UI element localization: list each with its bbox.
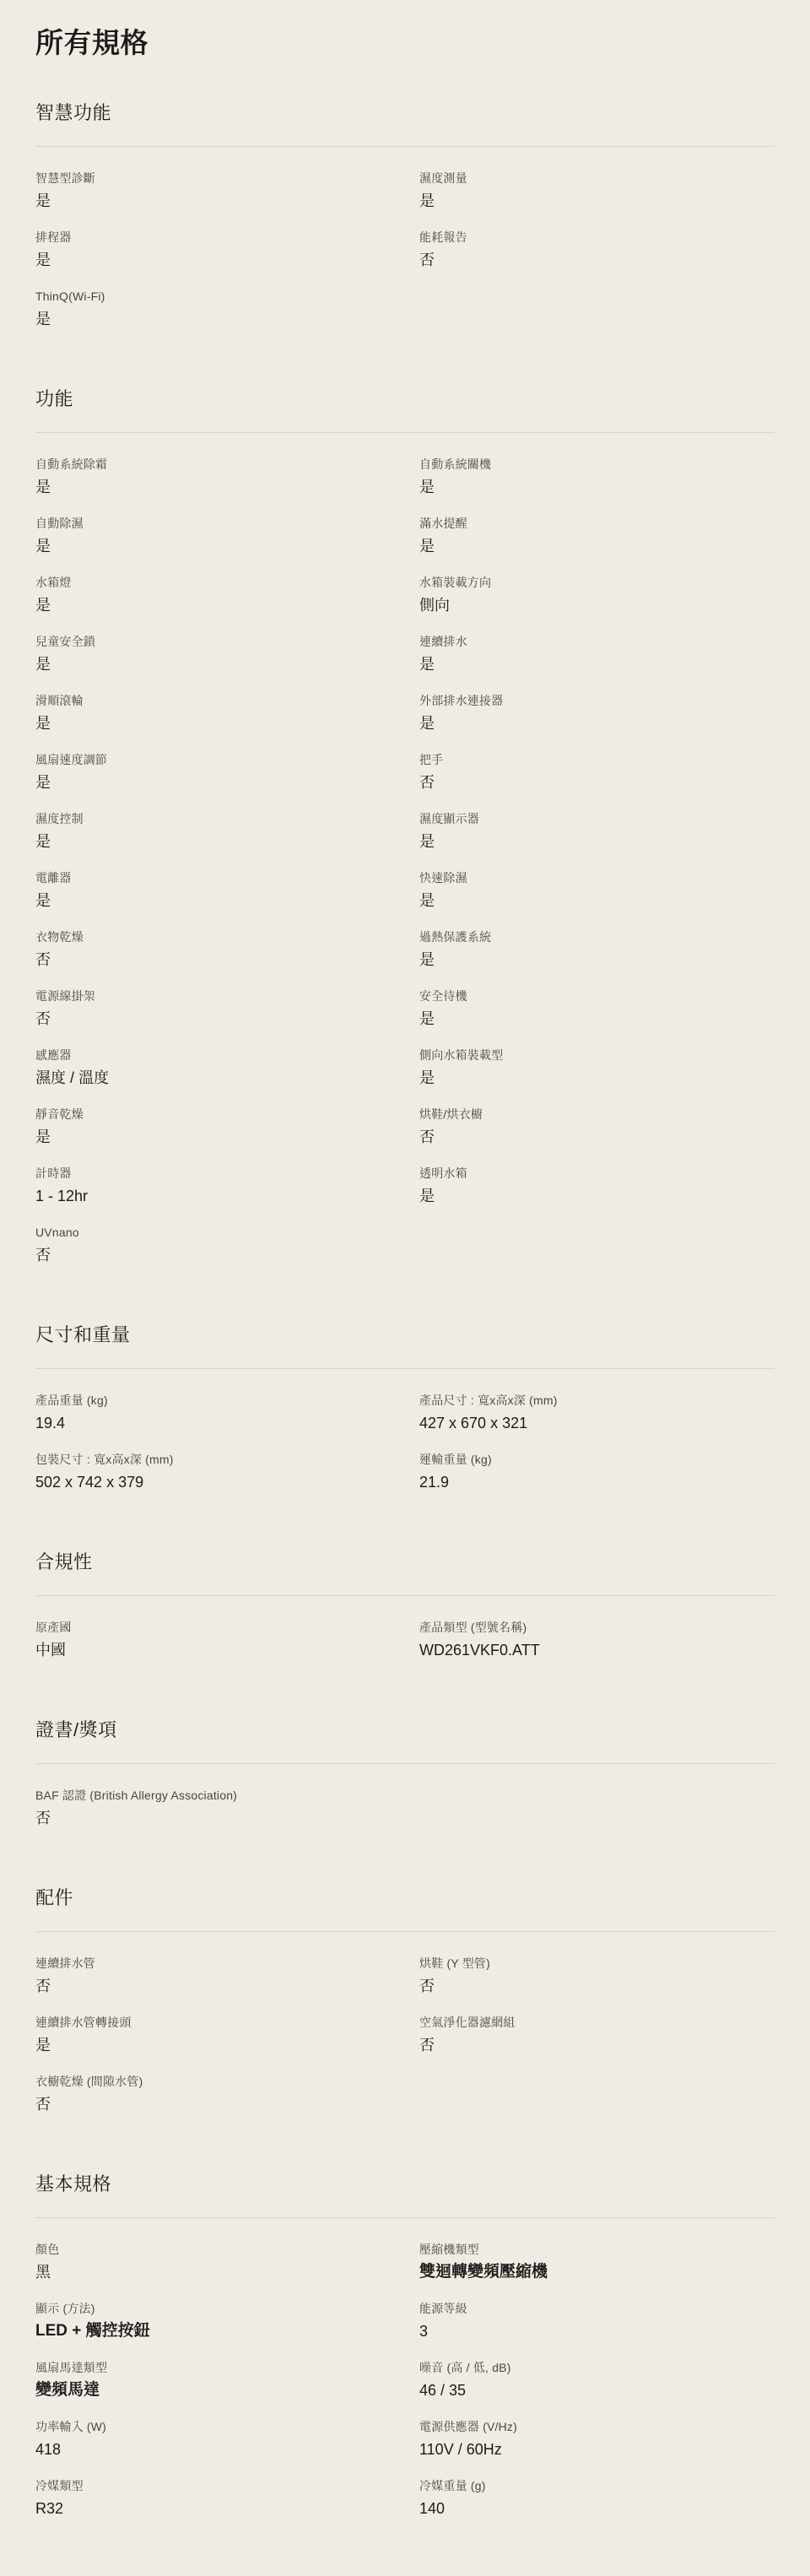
spec-value: 否 <box>35 1976 399 1996</box>
spec-value: 是 <box>35 831 399 852</box>
spec-value: 是 <box>419 1068 754 1088</box>
spec-label: 顯示 (方法) <box>35 2301 399 2317</box>
spec-label: 顏色 <box>35 2242 399 2258</box>
spec-item-empty <box>419 1788 775 1828</box>
spec-grid: 智慧型診斷是濕度測量是排程器是能耗報告否ThinQ(Wi-Fi)是 <box>35 170 775 348</box>
spec-label: 兒童安全鎖 <box>35 634 399 650</box>
spec-value: 是 <box>35 772 399 793</box>
spec-label: 滿水提醒 <box>419 516 754 532</box>
spec-item: 能源等級3 <box>419 2301 775 2341</box>
spec-item: 計時器1 - 12hr <box>35 1166 419 1206</box>
spec-label: 連續排水管轉接頭 <box>35 2015 399 2031</box>
spec-item: 自動系統除霜是 <box>35 457 419 497</box>
spec-item: 電離器是 <box>35 870 419 911</box>
spec-value: 是 <box>35 1127 399 1147</box>
spec-label: BAF 認證 (British Allergy Association) <box>35 1788 399 1804</box>
spec-value: 否 <box>419 250 754 270</box>
spec-section: 智慧功能智慧型診斷是濕度測量是排程器是能耗報告否ThinQ(Wi-Fi)是 <box>35 100 775 348</box>
spec-value: 1 - 12hr <box>35 1186 399 1206</box>
spec-value: 是 <box>35 477 399 497</box>
spec-value: 是 <box>419 654 754 674</box>
spec-label: 濕度測量 <box>419 170 754 187</box>
spec-value: 是 <box>419 890 754 911</box>
spec-item: 冷媒類型R32 <box>35 2478 419 2519</box>
spec-value: 是 <box>35 536 399 556</box>
spec-label: 功率輸入 (W) <box>35 2419 399 2435</box>
spec-label: 排程器 <box>35 230 399 246</box>
spec-label: 濕度顯示器 <box>419 811 754 827</box>
spec-value: 雙迴轉變頻壓縮機 <box>419 2262 754 2282</box>
spec-item: 電源供應器 (V/Hz)110V / 60Hz <box>419 2419 775 2460</box>
spec-label: 智慧型診斷 <box>35 170 399 187</box>
spec-item: 水箱裝載方向側向 <box>419 575 775 615</box>
spec-item: 安全待機是 <box>419 988 775 1029</box>
spec-label: 產品類型 (型號名稱) <box>419 1620 754 1636</box>
section-title: 智慧功能 <box>35 100 775 126</box>
spec-label: 烘鞋/烘衣櫥 <box>419 1107 754 1123</box>
spec-label: 透明水箱 <box>419 1166 754 1182</box>
spec-label: 電源線掛架 <box>35 988 399 1004</box>
spec-item: 滑順滾輪是 <box>35 693 419 733</box>
spec-item: 風扇馬達類型變頻馬達 <box>35 2360 419 2400</box>
spec-value: 是 <box>419 191 754 211</box>
spec-section: 功能自動系統除霜是自動系統關機是自動除濕是滿水提醒是水箱燈是水箱裝載方向側向兒童… <box>35 387 775 1284</box>
spec-grid: 產品重量 (kg)19.4產品尺寸 : 寬x高x深 (mm)427 x 670 … <box>35 1393 775 1511</box>
page-title: 所有規格 <box>35 25 775 62</box>
spec-item: 烘鞋 (Y 型管)否 <box>419 1956 775 1996</box>
spec-label: UVnano <box>35 1225 399 1241</box>
spec-label: 把手 <box>419 752 754 768</box>
spec-value: WD261VKF0.ATT <box>419 1640 754 1660</box>
spec-grid: 自動系統除霜是自動系統關機是自動除濕是滿水提醒是水箱燈是水箱裝載方向側向兒童安全… <box>35 457 775 1284</box>
spec-value: 否 <box>35 1245 399 1265</box>
spec-value: 否 <box>35 2094 399 2114</box>
spec-label: 包裝尺寸 : 寬x高x深 (mm) <box>35 1452 399 1468</box>
spec-value: 46 / 35 <box>419 2380 754 2400</box>
spec-value: 否 <box>419 1127 754 1147</box>
spec-value: 是 <box>419 536 754 556</box>
spec-item: 烘鞋/烘衣櫥否 <box>419 1107 775 1147</box>
spec-item: 衣櫥乾燥 (間隙水管)否 <box>35 2074 419 2114</box>
spec-value: 否 <box>35 1808 399 1828</box>
section-title: 配件 <box>35 1886 775 1911</box>
spec-value: 427 x 670 x 321 <box>419 1413 754 1433</box>
spec-grid: 連續排水管否烘鞋 (Y 型管)否連續排水管轉接頭是空氣淨化器濾網組否衣櫥乾燥 (… <box>35 1956 775 2133</box>
spec-item: 包裝尺寸 : 寬x高x深 (mm)502 x 742 x 379 <box>35 1452 419 1492</box>
spec-item: 顯示 (方法)LED + 觸控按鈕 <box>35 2301 419 2341</box>
spec-item: 水箱燈是 <box>35 575 419 615</box>
spec-value: 側向 <box>419 595 754 615</box>
spec-label: 能耗報告 <box>419 230 754 246</box>
spec-item: 濕度顯示器是 <box>419 811 775 852</box>
spec-value: 418 <box>35 2439 399 2460</box>
spec-label: 濕度控制 <box>35 811 399 827</box>
section-divider <box>35 2217 775 2218</box>
spec-grid: 原產國中國產品類型 (型號名稱)WD261VKF0.ATT <box>35 1620 775 1679</box>
spec-item: 感應器濕度 / 溫度 <box>35 1047 419 1088</box>
spec-label: 風扇速度調節 <box>35 752 399 768</box>
spec-item: 產品尺寸 : 寬x高x深 (mm)427 x 670 x 321 <box>419 1393 775 1433</box>
spec-label: 自動除濕 <box>35 516 399 532</box>
spec-label: 烘鞋 (Y 型管) <box>419 1956 754 1972</box>
spec-value: 是 <box>419 713 754 733</box>
spec-label: 風扇馬達類型 <box>35 2360 399 2376</box>
spec-item: 衣物乾燥否 <box>35 929 419 970</box>
spec-value: 否 <box>35 1009 399 1029</box>
spec-item: 靜音乾燥是 <box>35 1107 419 1147</box>
spec-label: 連續排水 <box>419 634 754 650</box>
spec-grid: BAF 認證 (British Allergy Association)否 <box>35 1788 775 1847</box>
spec-item-empty <box>419 1225 775 1265</box>
spec-label: 衣櫥乾燥 (間隙水管) <box>35 2074 399 2090</box>
spec-item: 兒童安全鎖是 <box>35 634 419 674</box>
spec-value: 是 <box>35 250 399 270</box>
section-divider <box>35 146 775 147</box>
spec-value: 黑 <box>35 2262 399 2282</box>
spec-sections: 智慧功能智慧型診斷是濕度測量是排程器是能耗報告否ThinQ(Wi-Fi)是功能自… <box>35 100 775 2537</box>
spec-item: ThinQ(Wi-Fi)是 <box>35 289 419 329</box>
spec-label: 電源供應器 (V/Hz) <box>419 2419 754 2435</box>
spec-item: 產品類型 (型號名稱)WD261VKF0.ATT <box>419 1620 775 1660</box>
spec-label: 安全待機 <box>419 988 754 1004</box>
section-title: 證書/獎項 <box>35 1718 775 1743</box>
spec-grid: 顏色黑壓縮機類型雙迴轉變頻壓縮機顯示 (方法)LED + 觸控按鈕能源等級3風扇… <box>35 2242 775 2537</box>
spec-value: 是 <box>419 1009 754 1029</box>
spec-value: 是 <box>419 477 754 497</box>
spec-label: 產品重量 (kg) <box>35 1393 399 1409</box>
spec-item: 能耗報告否 <box>419 230 775 270</box>
spec-label: 冷媒重量 (g) <box>419 2478 754 2494</box>
spec-value: 110V / 60Hz <box>419 2439 754 2460</box>
spec-value: 是 <box>419 1186 754 1206</box>
spec-item: 自動除濕是 <box>35 516 419 556</box>
spec-value: 是 <box>35 595 399 615</box>
spec-value: 濕度 / 溫度 <box>35 1068 399 1088</box>
spec-item: UVnano否 <box>35 1225 419 1265</box>
spec-label: 水箱裝載方向 <box>419 575 754 591</box>
spec-section: 配件連續排水管否烘鞋 (Y 型管)否連續排水管轉接頭是空氣淨化器濾網組否衣櫥乾燥… <box>35 1886 775 2133</box>
spec-value: 19.4 <box>35 1413 399 1433</box>
spec-item: 自動系統關機是 <box>419 457 775 497</box>
spec-label: 原產國 <box>35 1620 399 1636</box>
spec-item: 把手否 <box>419 752 775 793</box>
spec-value: 是 <box>35 2035 399 2055</box>
spec-label: 電離器 <box>35 870 399 886</box>
spec-label: 計時器 <box>35 1166 399 1182</box>
spec-item: 功率輸入 (W)418 <box>35 2419 419 2460</box>
spec-value: 是 <box>419 950 754 970</box>
spec-label: 衣物乾燥 <box>35 929 399 945</box>
section-title: 合規性 <box>35 1550 775 1575</box>
spec-label: 壓縮機類型 <box>419 2242 754 2258</box>
spec-value: 是 <box>35 890 399 911</box>
section-title: 尺寸和重量 <box>35 1323 775 1348</box>
spec-item: 過熱保護系統是 <box>419 929 775 970</box>
spec-label: 感應器 <box>35 1047 399 1063</box>
spec-item: 濕度測量是 <box>419 170 775 211</box>
spec-label: 連續排水管 <box>35 1956 399 1972</box>
section-divider <box>35 1368 775 1369</box>
spec-label: 噪音 (高 / 低, dB) <box>419 2360 754 2376</box>
spec-value: 是 <box>419 831 754 852</box>
spec-label: 運輸重量 (kg) <box>419 1452 754 1468</box>
spec-value: 否 <box>419 2035 754 2055</box>
spec-item: BAF 認證 (British Allergy Association)否 <box>35 1788 419 1828</box>
spec-label: 過熱保護系統 <box>419 929 754 945</box>
spec-value: 變頻馬達 <box>35 2380 399 2400</box>
spec-label: ThinQ(Wi-Fi) <box>35 289 399 305</box>
spec-item: 外部排水連接器是 <box>419 693 775 733</box>
spec-label: 冷媒類型 <box>35 2478 399 2494</box>
spec-value: 是 <box>35 654 399 674</box>
spec-value: 3 <box>419 2321 754 2341</box>
spec-item: 壓縮機類型雙迴轉變頻壓縮機 <box>419 2242 775 2282</box>
spec-item: 冷媒重量 (g)140 <box>419 2478 775 2519</box>
spec-item: 電源線掛架否 <box>35 988 419 1029</box>
spec-item: 滿水提醒是 <box>419 516 775 556</box>
spec-item: 側向水箱裝載型是 <box>419 1047 775 1088</box>
spec-label: 水箱燈 <box>35 575 399 591</box>
spec-label: 外部排水連接器 <box>419 693 754 709</box>
all-specs-page: 所有規格 智慧功能智慧型診斷是濕度測量是排程器是能耗報告否ThinQ(Wi-Fi… <box>0 0 810 2576</box>
spec-value: 中國 <box>35 1640 399 1660</box>
spec-item-empty <box>419 2074 775 2114</box>
spec-item: 原產國中國 <box>35 1620 419 1660</box>
spec-value: 是 <box>35 309 399 329</box>
section-title: 功能 <box>35 387 775 412</box>
spec-item: 連續排水管否 <box>35 1956 419 1996</box>
spec-item: 快速除濕是 <box>419 870 775 911</box>
spec-label: 自動系統除霜 <box>35 457 399 473</box>
spec-item: 顏色黑 <box>35 2242 419 2282</box>
spec-section: 尺寸和重量產品重量 (kg)19.4產品尺寸 : 寬x高x深 (mm)427 x… <box>35 1323 775 1511</box>
spec-item: 智慧型診斷是 <box>35 170 419 211</box>
spec-label: 空氣淨化器濾網組 <box>419 2015 754 2031</box>
spec-value: 502 x 742 x 379 <box>35 1472 399 1492</box>
spec-label: 滑順滾輪 <box>35 693 399 709</box>
spec-value: 是 <box>35 713 399 733</box>
spec-section: 證書/獎項BAF 認證 (British Allergy Association… <box>35 1718 775 1847</box>
spec-item: 連續排水管轉接頭是 <box>35 2015 419 2055</box>
spec-value: 否 <box>419 772 754 793</box>
spec-item: 產品重量 (kg)19.4 <box>35 1393 419 1433</box>
spec-section: 合規性原產國中國產品類型 (型號名稱)WD261VKF0.ATT <box>35 1550 775 1679</box>
spec-label: 產品尺寸 : 寬x高x深 (mm) <box>419 1393 754 1409</box>
spec-section: 基本規格顏色黑壓縮機類型雙迴轉變頻壓縮機顯示 (方法)LED + 觸控按鈕能源等… <box>35 2172 775 2537</box>
spec-label: 自動系統關機 <box>419 457 754 473</box>
spec-item: 透明水箱是 <box>419 1166 775 1206</box>
spec-value: LED + 觸控按鈕 <box>35 2321 399 2341</box>
spec-item-empty <box>419 289 775 329</box>
section-divider <box>35 1763 775 1764</box>
spec-label: 靜音乾燥 <box>35 1107 399 1123</box>
spec-value: R32 <box>35 2498 399 2519</box>
spec-label: 快速除濕 <box>419 870 754 886</box>
spec-value: 否 <box>419 1976 754 1996</box>
section-divider <box>35 1595 775 1596</box>
spec-label: 側向水箱裝載型 <box>419 1047 754 1063</box>
spec-item: 濕度控制是 <box>35 811 419 852</box>
spec-item: 排程器是 <box>35 230 419 270</box>
spec-value: 21.9 <box>419 1472 754 1492</box>
spec-value: 140 <box>419 2498 754 2519</box>
spec-label: 能源等級 <box>419 2301 754 2317</box>
spec-item: 連續排水是 <box>419 634 775 674</box>
spec-item: 噪音 (高 / 低, dB)46 / 35 <box>419 2360 775 2400</box>
spec-value: 否 <box>35 950 399 970</box>
section-divider <box>35 432 775 433</box>
spec-item: 空氣淨化器濾網組否 <box>419 2015 775 2055</box>
spec-item: 風扇速度調節是 <box>35 752 419 793</box>
section-title: 基本規格 <box>35 2172 775 2197</box>
section-divider <box>35 1931 775 1932</box>
spec-item: 運輸重量 (kg)21.9 <box>419 1452 775 1492</box>
spec-value: 是 <box>35 191 399 211</box>
